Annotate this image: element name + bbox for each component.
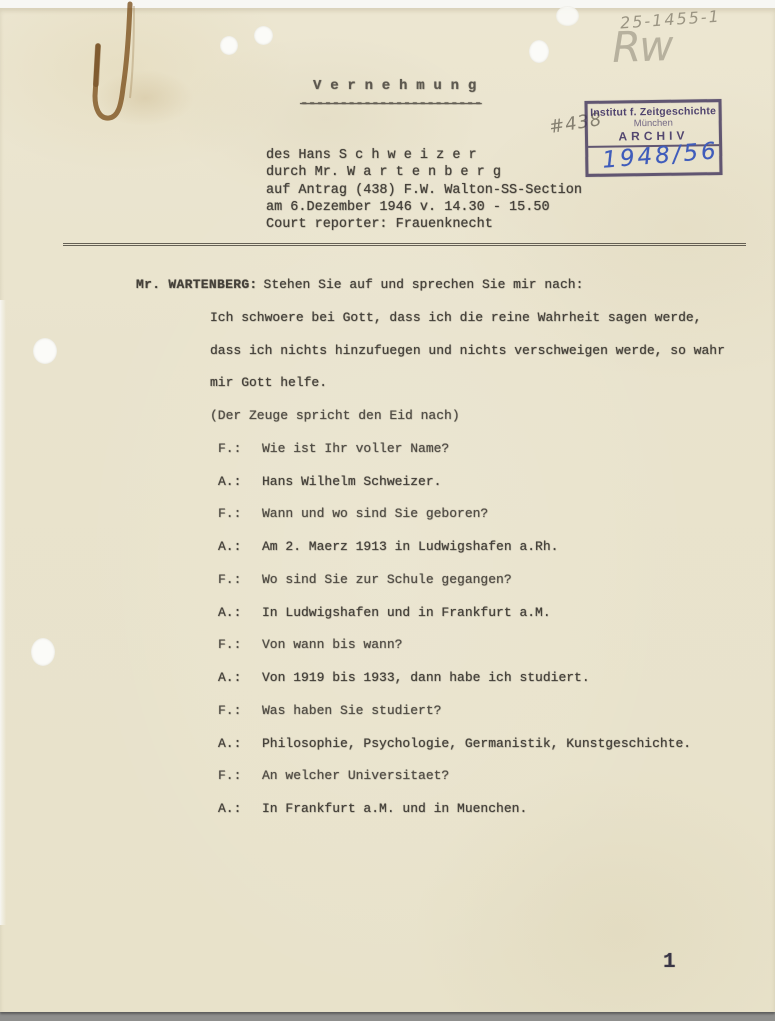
line-text: In Ludwigshafen und in Frankfurt a.M. <box>262 605 551 620</box>
line-text: Was haben Sie studiert? <box>262 703 441 718</box>
answer-label: A.: <box>218 605 262 620</box>
answer-label: A.: <box>218 539 262 554</box>
transcript: Mr. WARTENBERG:Stehen Sie auf und sprech… <box>136 277 761 834</box>
line-text: In Frankfurt a.M. und in Muenchen. <box>262 801 527 816</box>
line-text: Von 1919 bis 1933, dann habe ich studier… <box>262 670 590 685</box>
scan-edge-left <box>0 300 6 925</box>
transcript-line: F.:Wann und wo sind Sie geboren? <box>136 506 761 539</box>
transcript-line: F.:An welcher Universitaet? <box>136 768 761 801</box>
stamp-number-row: 1948/56 <box>588 144 719 170</box>
transcript-line: A.:Von 1919 bis 1933, dann habe ich stud… <box>136 670 761 703</box>
line-text: An welcher Universitaet? <box>262 768 449 783</box>
answer-label: A.: <box>218 474 262 489</box>
transcript-line: A.:Hans Wilhelm Schweizer. <box>136 474 761 507</box>
line-text: Wo sind Sie zur Schule gegangen? <box>262 572 512 587</box>
transcript-line: F.:Wie ist Ihr voller Name? <box>136 441 761 474</box>
header-line-subject: des Hans S c h w e i z e r <box>266 147 582 164</box>
punch-hole <box>556 6 579 26</box>
transcript-line: F.:Was haben Sie studiert? <box>136 703 761 736</box>
paperclip <box>84 0 148 132</box>
answer-label: A.: <box>218 801 262 816</box>
question-label: F.: <box>218 637 262 652</box>
transcript-line: (Der Zeuge spricht den Eid nach) <box>136 408 761 441</box>
transcript-line: A.:Am 2. Maerz 1913 in Ludwigshafen a.Rh… <box>136 539 761 572</box>
punch-hole <box>220 36 238 55</box>
line-text: mir Gott helfe. <box>210 375 327 390</box>
transcript-line: A.:In Ludwigshafen und in Frankfurt a.M. <box>136 605 761 638</box>
punch-hole <box>31 638 55 666</box>
line-text: Am 2. Maerz 1913 in Ludwigshafen a.Rh. <box>262 539 558 554</box>
line-text: Wie ist Ihr voller Name? <box>262 441 449 456</box>
question-label: F.: <box>218 441 262 456</box>
question-label: F.: <box>218 703 262 718</box>
punch-hole <box>529 40 549 63</box>
line-text: Philosophie, Psychologie, Germanistik, K… <box>262 736 691 751</box>
transcript-line: F.:Von wann bis wann? <box>136 637 761 670</box>
header-line-date: am 6.Dezember 1946 v. 14.30 - 15.50 <box>266 199 582 216</box>
page-title: V e r n e h m u n g <box>313 78 533 94</box>
transcript-line: mir Gott helfe. <box>136 375 761 408</box>
title-block: V e r n e h m u n g --------------------… <box>313 78 533 94</box>
line-text: Stehen Sie auf und sprechen Sie mir nach… <box>264 277 584 292</box>
header-block: des Hans S c h w e i z e r durch Mr. W a… <box>266 147 582 233</box>
transcript-line: F.:Wo sind Sie zur Schule gegangen? <box>136 572 761 605</box>
page-number: 1 <box>663 951 676 974</box>
transcript-line: dass ich nichts hinzufuegen und nichts v… <box>136 343 761 376</box>
line-text: Von wann bis wann? <box>262 637 402 652</box>
line-text: Wann und wo sind Sie geboren? <box>262 506 488 521</box>
line-text: dass ich nichts hinzufuegen und nichts v… <box>210 343 725 358</box>
header-line-request: auf Antrag (438) F.W. Walton-SS-Section <box>266 182 582 199</box>
speaker-label: Mr. WARTENBERG: <box>136 277 258 292</box>
horizontal-divider <box>63 243 746 246</box>
punch-hole <box>33 338 57 364</box>
transcript-line: Mr. WARTENBERG:Stehen Sie auf und sprech… <box>136 277 761 310</box>
answer-label: A.: <box>218 736 262 751</box>
question-label: F.: <box>218 506 262 521</box>
line-text: Ich schwoere bei Gott, dass ich die rein… <box>210 310 701 325</box>
line-text: (Der Zeuge spricht den Eid nach) <box>210 408 460 423</box>
transcript-line: Ich schwoere bei Gott, dass ich die rein… <box>136 310 761 343</box>
punch-hole <box>254 26 273 45</box>
header-line-interrogator: durch Mr. W a r t e n b e r g <box>266 164 582 181</box>
header-line-reporter: Court reporter: Frauenknecht <box>266 216 582 233</box>
title-underline: ----------------------- <box>300 96 482 112</box>
scanned-document: 25-1455-1 Rw #438 Institut f. Zeitgeschi… <box>0 0 775 1021</box>
transcript-line: A.:In Frankfurt a.M. und in Muenchen. <box>136 801 761 834</box>
archive-stamp: Institut f. Zeitgeschichte München ARCHI… <box>584 99 722 177</box>
transcript-line: A.:Philosophie, Psychologie, Germanistik… <box>136 736 761 769</box>
question-label: F.: <box>218 768 262 783</box>
answer-label: A.: <box>218 670 262 685</box>
question-label: F.: <box>218 572 262 587</box>
line-text: Hans Wilhelm Schweizer. <box>262 474 441 489</box>
pencil-initials: Rw <box>611 21 672 72</box>
